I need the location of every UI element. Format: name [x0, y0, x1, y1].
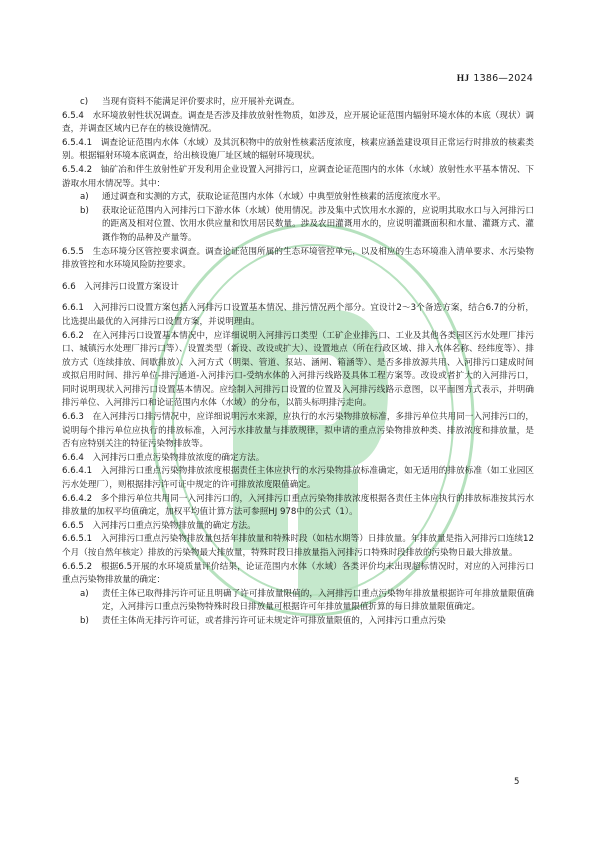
item-label: b): [80, 615, 102, 629]
standard-number: 1386—2024: [473, 73, 533, 84]
list-item-b: b) 获取论证范围内入河排污口下游水体（水域）使用情况。涉及集中式饮用水水源的，…: [62, 205, 534, 246]
section-6-6-4-1: 6.6.4.1 入河排污口重点污染物排放浓度根据责任主体应执行的水污染物排放标准…: [62, 465, 534, 492]
list-item-a: a) 责任主体已取得排污许可证且明确了许可排放量限值的，入河排污口重点污染物年排…: [62, 588, 534, 615]
section-6-6-5-1: 6.6.5.1 入河排污口重点污染物排放量包括年排放量和特殊时段（如枯水期等）日…: [62, 533, 534, 560]
standard-header: HJ1386—2024: [457, 73, 533, 84]
section-heading-6-6: 6.6 入河排污口设置方案设计: [62, 281, 534, 295]
list-item-c: c) 当现有资料不能满足评价要求时，应开展补充调查。: [62, 96, 534, 110]
section-6-6-1: 6.6.1 入河排污口设置方案包括入河排污口设置基本情况、排污情况两个部分。宜设…: [62, 302, 534, 329]
item-text: 通过调查和实测的方式，获取论证范围内水体（水域）中典型放射性核素的活度浓度水平。: [102, 191, 534, 205]
section-6-6-4-2: 6.6.4.2 多个排污单位共用同一入河排污口的，入河排污口重点污染物排放浓度根…: [62, 493, 534, 520]
section-6-5-5: 6.5.5 生态环境分区管控要求调查。调查论证范围所属的生态环境管控单元，以及相…: [62, 246, 534, 273]
item-label: b): [80, 205, 102, 246]
list-item-b: b) 责任主体尚无排污许可证，或者排污许可证未规定许可排放量限值的，入河排污口重…: [62, 615, 534, 629]
item-text: 责任主体已取得排污许可证且明确了许可排放量限值的，入河排污口重点污染物年排放量根…: [102, 588, 534, 615]
section-6-5-4-1: 6.5.4.1 调查论证范围内水体（水域）及其沉积物中的放射性核素活度浓度，核素…: [62, 137, 534, 164]
item-text: 责任主体尚无排污许可证，或者排污许可证未规定许可排放量限值的，入河排污口重点污染: [102, 615, 534, 629]
item-label: c): [80, 96, 102, 110]
section-6-6-5-2: 6.6.5.2 根据6.5开展的水环境质量评价结果，论证范围内水体（水域）各类评…: [62, 561, 534, 588]
document-body: c) 当现有资料不能满足评价要求时，应开展补充调查。 6.5.4 水环境放射性状…: [62, 96, 534, 629]
section-6-6-4: 6.6.4 入河排污口重点污染物排放浓度的确定方法。: [62, 452, 534, 466]
page-number: 5: [514, 777, 519, 787]
section-6-6-2: 6.6.2 在入河排污口设置基本情况中，应详细说明入河排污口类型（工矿企业排污口…: [62, 330, 534, 412]
list-item-a: a) 通过调查和实测的方式，获取论证范围内水体（水域）中典型放射性核素的活度浓度…: [62, 191, 534, 205]
item-label: a): [80, 588, 102, 615]
section-6-5-4-2: 6.5.4.2 铀矿冶和伴生放射性矿开发利用企业设置入河排污口，应调查论证范围内…: [62, 164, 534, 191]
item-text: 获取论证范围内入河排污口下游水体（水域）使用情况。涉及集中式饮用水水源的，应说明…: [102, 205, 534, 246]
standard-code: HJ: [457, 74, 470, 84]
section-6-5-4: 6.5.4 水环境放射性状况调查。调查是否涉及排放放射性物质，如涉及，应开展论证…: [62, 110, 534, 137]
item-label: a): [80, 191, 102, 205]
item-text: 当现有资料不能满足评价要求时，应开展补充调查。: [102, 96, 534, 110]
section-6-6-3: 6.6.3 在入河排污口排污情况中，应详细说明污水来源，应执行的水污染物排放标准…: [62, 411, 534, 452]
section-6-6-5: 6.6.5 入河排污口重点污染物排放量的确定方法。: [62, 520, 534, 534]
